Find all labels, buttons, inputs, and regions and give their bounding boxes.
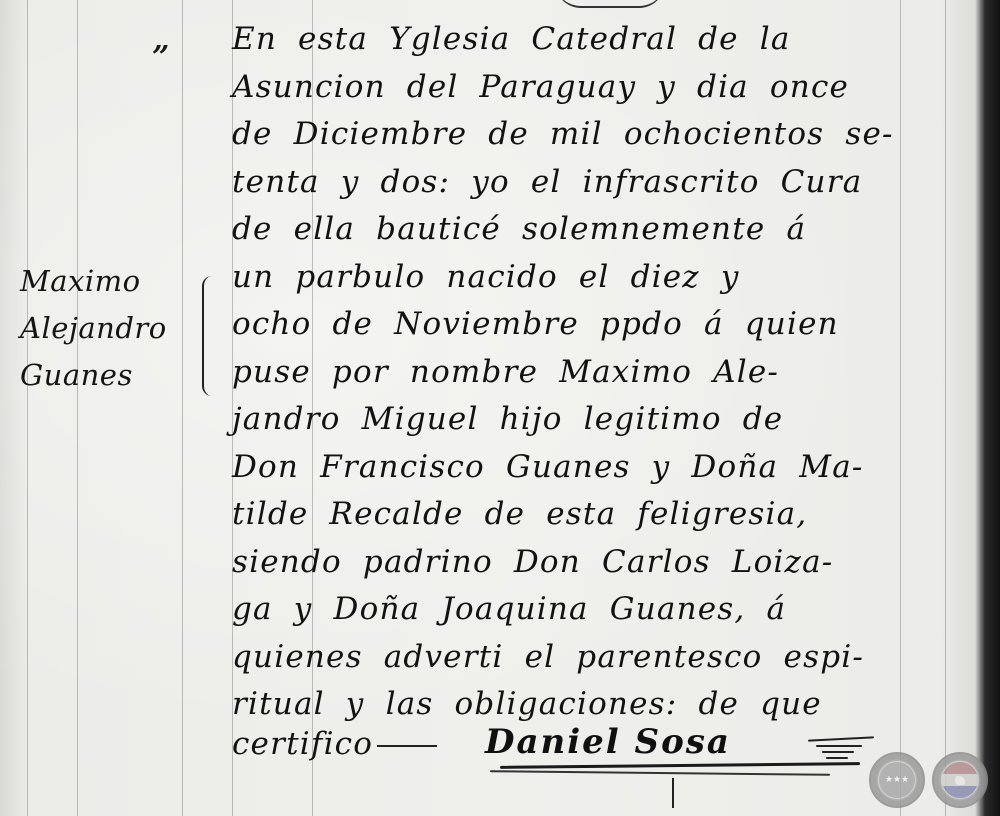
body-line: Don Francisco Guanes y Doña Ma- xyxy=(232,444,992,492)
closing-line: certifico xyxy=(232,726,447,762)
ruling-line xyxy=(27,0,28,816)
margin-name-line: Maximo xyxy=(20,258,210,305)
body-line: siendo padrino Don Carlos Loiza- xyxy=(232,539,992,587)
signature-flourish-tick xyxy=(672,778,678,808)
body-line: jandro Miguel hijo legitimo de xyxy=(232,396,992,444)
body-line: ga y Doña Joaquina Guanes, á xyxy=(232,586,992,634)
archive-seal-stars-icon: ★★★ xyxy=(869,752,925,808)
closing-word: certifico xyxy=(232,726,373,762)
ruling-line xyxy=(182,0,183,816)
body-line: Asuncion del Paraguay y dia once xyxy=(232,64,992,112)
body-line: de Diciembre de mil ochocientos se- xyxy=(232,111,992,159)
margin-name: Maximo Alejandro Guanes xyxy=(20,258,210,399)
closing-dash xyxy=(377,745,437,747)
margin-brace xyxy=(202,276,218,396)
body-line: tenta y dos: yo el infrascrito Cura xyxy=(232,159,992,207)
document-page: ” Maximo Alejandro Guanes En esta Yglesi… xyxy=(0,0,1000,816)
body-line: puse por nombre Maximo Ale- xyxy=(232,349,992,397)
archive-seal-flag-icon xyxy=(932,752,988,808)
ruling-line xyxy=(77,0,78,816)
body-line: tilde Recalde de esta feligresia, xyxy=(232,491,992,539)
body-line: ocho de Noviembre ppdo á quien xyxy=(232,301,992,349)
previous-entry-flourish xyxy=(555,0,665,8)
seal-flag xyxy=(941,761,979,799)
paraguay-map-icon xyxy=(955,776,965,785)
body-line: de ella bauticé solemnemente á xyxy=(232,206,992,254)
body-line: En esta Yglesia Catedral de la xyxy=(232,16,992,64)
seal-stars: ★★★ xyxy=(878,761,916,799)
priest-signature: Daniel Sosa xyxy=(485,722,731,762)
record-body: En esta Yglesia Catedral de la Asuncion … xyxy=(232,16,992,729)
body-line: quienes adverti el parentesco espi- xyxy=(232,634,992,682)
margin-name-line: Alejandro xyxy=(20,305,210,352)
ditto-mark: ” xyxy=(152,40,169,75)
body-line: un parbulo nacido el diez y xyxy=(232,254,992,302)
signature-rubric xyxy=(808,738,878,764)
margin-name-line: Guanes xyxy=(20,352,210,399)
signature-flourish xyxy=(490,764,865,776)
